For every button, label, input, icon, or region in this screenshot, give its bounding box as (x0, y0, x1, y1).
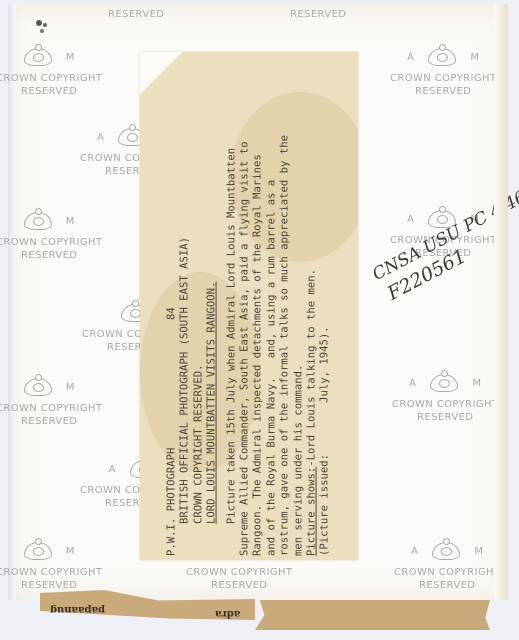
watermark-right-1: AM CROWN COPYRIGHT RESERVED (390, 48, 496, 98)
watermark-letter: M (474, 545, 483, 558)
watermark-reserved: RESERVED (394, 579, 500, 592)
watermark-letter: M (66, 545, 75, 558)
caption-headline: LORD LOUIS MOUNTBATTEN VISITS RANGOON. (206, 56, 219, 556)
picture-shows-label: Picture shows: (306, 467, 318, 556)
watermark-left-4: M CROWN COPYRIGHT RESERVED (0, 542, 102, 592)
caption-label: P.W.I. PHOTOGRAPH 84 BRITISH OFFICIAL PH… (140, 52, 358, 560)
caption-body-line: Picture taken 15th July when Admiral Lor… (225, 56, 238, 556)
caption-number: 84 (166, 307, 178, 320)
watermark-copyright: CROWN COPYRIGHT (0, 566, 102, 579)
caption-body-line: men serving under his command. (292, 56, 305, 556)
watermark-letter: M (66, 51, 75, 64)
watermark-letter: M (472, 377, 481, 390)
tape-text-left: papaanug (50, 604, 105, 615)
watermark-copyright: CROWN COPYRIGHT (390, 72, 496, 85)
torn-tape-right (255, 600, 490, 630)
watermark-reserved: RESERVED (0, 579, 102, 592)
watermark-copyright: CROWN COPYRIGHT (0, 236, 102, 249)
crown-icon (24, 542, 52, 560)
ink-specks (36, 20, 42, 26)
crown-icon (430, 374, 458, 392)
crown-icon (24, 48, 52, 66)
caption-body-line: rostrum, gave one of the informal talks … (279, 56, 292, 556)
watermark-letter: A (97, 131, 104, 144)
watermark-top: RESERVED (290, 8, 346, 21)
watermark-left-1: M CROWN COPYRIGHT RESERVED (0, 48, 102, 98)
watermark-left-3: M CROWN COPYRIGHT RESERVED (0, 378, 102, 428)
caption-code: P.W.I. PHOTOGRAPH (166, 448, 178, 556)
watermark-letter: A (409, 377, 416, 390)
watermark-reserved: RESERVED (392, 411, 498, 424)
watermark-letter: A (407, 51, 414, 64)
caption-header: P.W.I. PHOTOGRAPH 84 (166, 56, 179, 556)
caption-line-3: CROWN COPYRIGHT RESERVED. (192, 56, 205, 556)
watermark-bottom-center: CROWN COPYRIGHT RESERVED (186, 566, 292, 592)
watermark-reserved: RESERVED (290, 8, 346, 21)
caption-line-2: BRITISH OFFICIAL PHOTOGRAPH (SOUTH EAST … (179, 56, 192, 556)
watermark-copyright: CROWN COPYRIGHT (186, 566, 292, 579)
watermark-letter: M (66, 381, 75, 394)
watermark-reserved: RESERVED (0, 85, 102, 98)
picture-shows-text: -Lord Louis talking to the men. (306, 269, 318, 467)
watermark-letter: A (411, 545, 418, 558)
caption-body-line: Supreme Allied Commander, South East Asi… (239, 56, 252, 556)
crown-icon (428, 48, 456, 66)
caption-body-line: and of the Royal Burma Navy. and, using … (265, 56, 278, 556)
caption-text: P.W.I. PHOTOGRAPH 84 BRITISH OFFICIAL PH… (166, 56, 333, 556)
watermark-left-2: M CROWN COPYRIGHT RESERVED (0, 212, 102, 262)
watermark-letter: A (407, 213, 414, 226)
crown-icon (24, 212, 52, 230)
watermark-top-left: RESERVED (108, 8, 164, 21)
crown-icon (24, 378, 52, 396)
tape-text-right: adra (215, 608, 240, 619)
watermark-reserved: RESERVED (0, 249, 102, 262)
watermark-reserved: RESERVED (390, 85, 496, 98)
watermark-copyright: CROWN COPYRIGHT (0, 402, 102, 415)
watermark-copyright: CROWN COPYRIGHT (392, 398, 498, 411)
watermark-copyright: CROWN COPYRIGHT (0, 72, 102, 85)
watermark-reserved: RESERVED (186, 579, 292, 592)
crown-icon (432, 542, 460, 560)
watermark-reserved: RESERVED (0, 415, 102, 428)
watermark-right-4: AM CROWN COPYRIGHT RESERVED (394, 542, 500, 592)
watermark-letter: M (66, 215, 75, 228)
watermark-reserved: RESERVED (108, 8, 164, 21)
picture-issued: (Picture issued: July, 1945). (319, 56, 332, 556)
watermark-right-3: AM CROWN COPYRIGHT RESERVED (392, 374, 498, 424)
watermark-copyright: CROWN COPYRIGHT (394, 566, 500, 579)
watermark-letter: A (109, 463, 116, 476)
caption-body-line: Rangoon. The Admiral inspected detachmen… (252, 56, 265, 556)
watermark-letter: M (470, 51, 479, 64)
